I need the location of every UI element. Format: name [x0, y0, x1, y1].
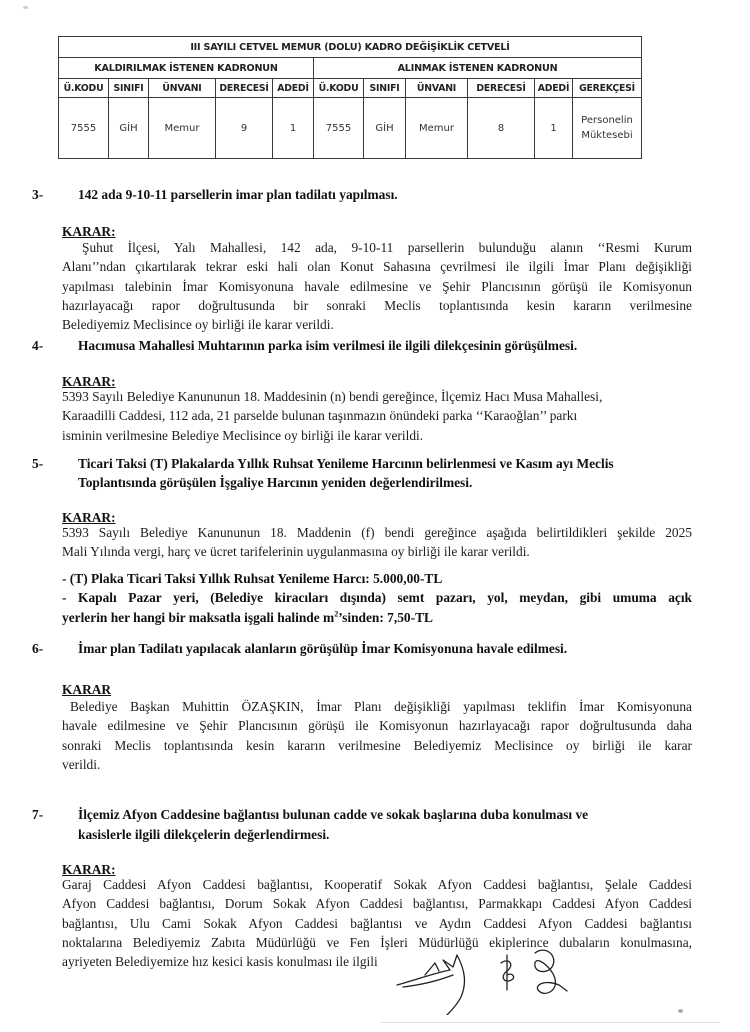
table-title: III SAYILI CETVEL MEMUR (DOLU) KADRO DEĞ…	[59, 37, 642, 58]
item-title-text: Toplantısında görüşülen İşgaliye Harcını…	[78, 473, 472, 492]
column-header: ÜNVANI	[406, 79, 468, 98]
page-edge-line	[380, 1022, 720, 1023]
table-cell: 1	[535, 98, 573, 159]
group-header-added: ALINMAK İSTENEN KADRONUN	[314, 58, 642, 79]
fee-taxi-license: - (T) Plaka Ticari Taksi Yıllık Ruhsat Y…	[62, 569, 692, 588]
item-title-text: Hacımusa Mahallesi Muhtarının parka isim…	[78, 336, 577, 355]
fee-market-occupancy: - Kapalı Pazar yeri, (Belediye kiracılar…	[62, 588, 692, 607]
table-cell: 7555	[59, 98, 109, 159]
paragraph-line: sonraki Meclis toplantısında kesin karar…	[62, 736, 692, 755]
table-cell: GİH	[109, 98, 149, 159]
document-page: III SAYILI CETVEL MEMUR (DOLU) KADRO DEĞ…	[0, 0, 750, 1032]
table-cell: 8	[468, 98, 535, 159]
paragraph-line: bağlantısı, Ulu Cami Sokak Afyon Caddesi…	[62, 914, 692, 933]
paragraph-line: havale edilmesine ve Şehir Plancısının g…	[62, 716, 692, 735]
table-cell: Memur	[149, 98, 216, 159]
paragraph-line: Alanı’’ndan çıkartılarak tekrar eski hal…	[62, 257, 692, 276]
item-title-text: İlçemiz Afyon Caddesine bağlantısı bulun…	[78, 805, 588, 824]
item-number: 7-	[32, 805, 60, 824]
column-header: Ü.KODU	[314, 79, 364, 98]
paragraph-line: verildi.	[62, 755, 692, 774]
table-cell: GİH	[364, 98, 406, 159]
table-cell: 7555	[314, 98, 364, 159]
item-number: 4-	[32, 336, 60, 355]
paragraph-line: 5393 Sayılı Belediye Kanununun 18. Madde…	[62, 523, 692, 542]
paragraph-line: Garaj Caddesi Afyon Caddesi bağlantısı, …	[62, 875, 692, 894]
paragraph-line: hazırlayacağı rapor doğrultusunda bir so…	[62, 296, 692, 315]
paragraph-line: noktalarına Belediyemiz Zabıta Müdürlüğü…	[62, 933, 692, 952]
fee-list: - (T) Plaka Ticari Taksi Yıllık Ruhsat Y…	[62, 569, 692, 627]
table-cell: 9	[216, 98, 273, 159]
paragraph-line: yapılması talebinin İmar Komisyonuna hav…	[62, 277, 692, 296]
table-cell: 1	[273, 98, 314, 159]
paragraph-line: Belediyemiz Meclisince oy birliği ile ka…	[62, 315, 692, 334]
item-title-text: Ticari Taksi (T) Plakalarda Yıllık Ruhsa…	[78, 454, 614, 473]
column-header: ÜNVANI	[149, 79, 216, 98]
paragraph-line: Afyon Caddesi bağlantısı, Dorum Sokak Af…	[62, 894, 692, 913]
scan-speck	[23, 6, 28, 9]
item-number: 5-	[32, 454, 60, 473]
item-number: 3-	[32, 185, 60, 204]
item-title-text: kasislerle ilgili dilekçelerin değerlend…	[78, 825, 329, 844]
paragraph-line: ayriyeten Belediyemize hız kesici kasis …	[62, 952, 692, 971]
karar-label: KARAR	[62, 682, 111, 698]
signature-1-icon	[397, 955, 464, 1015]
column-header: ADEDİ	[273, 79, 314, 98]
column-header: SINIFI	[364, 79, 406, 98]
item-title-text: 142 ada 9-10-11 parsellerin imar plan ta…	[78, 185, 398, 204]
initials-3-icon	[535, 950, 567, 993]
paragraph-line: Karaadilli Caddesi, 112 ada, 21 parselde…	[62, 406, 692, 425]
table-row: 7555 GİH Memur 9 1 7555 GİH Memur 8 1 Pe…	[59, 98, 642, 159]
item-title-text: İmar plan Tadilatı yapılacak alanların g…	[78, 639, 567, 658]
fee-market-occupancy-cont: yerlerin her hangi bir maksatla işgali h…	[62, 608, 692, 627]
scan-speck	[678, 1009, 683, 1013]
agenda-item-4-decision: 5393 Sayılı Belediye Kanununun 18. Madde…	[62, 387, 692, 445]
column-header: SINIFI	[109, 79, 149, 98]
paragraph-line: isminin verilmesine Belediye Meclisince …	[62, 426, 692, 445]
agenda-item-7-decision: Garaj Caddesi Afyon Caddesi bağlantısı, …	[62, 875, 692, 971]
column-header: ADEDİ	[535, 79, 573, 98]
column-header: DERECESİ	[468, 79, 535, 98]
column-header: DERECESİ	[216, 79, 273, 98]
table-cell-reason: Personelin Müktesebi	[573, 98, 642, 159]
agenda-item-5-decision: 5393 Sayılı Belediye Kanununun 18. Madde…	[62, 523, 692, 562]
column-header: GEREKÇESİ	[573, 79, 642, 98]
paragraph-line: Mali Yılında vergi, harç ve ücret tarife…	[62, 542, 692, 561]
agenda-item-3-decision: Şuhut İlçesi, Yalı Mahallesi, 142 ada, 9…	[62, 238, 692, 334]
item-number: 6-	[32, 639, 60, 658]
column-header: Ü.KODU	[59, 79, 109, 98]
paragraph-line: Şuhut İlçesi, Yalı Mahallesi, 142 ada, 9…	[62, 238, 692, 257]
agenda-item-6-decision: Belediye Başkan Muhittin ÖZAŞKIN, İmar P…	[62, 697, 692, 774]
signatures	[395, 945, 595, 1015]
kadro-degisiklik-table: III SAYILI CETVEL MEMUR (DOLU) KADRO DEĞ…	[58, 36, 642, 159]
initials-2-icon	[501, 955, 514, 990]
group-header-removed: KALDIRILMAK İSTENEN KADRONUN	[59, 58, 314, 79]
table-cell: Memur	[406, 98, 468, 159]
paragraph-line: Belediye Başkan Muhittin ÖZAŞKIN, İmar P…	[62, 697, 692, 716]
paragraph-line: 5393 Sayılı Belediye Kanununun 18. Madde…	[62, 387, 692, 406]
